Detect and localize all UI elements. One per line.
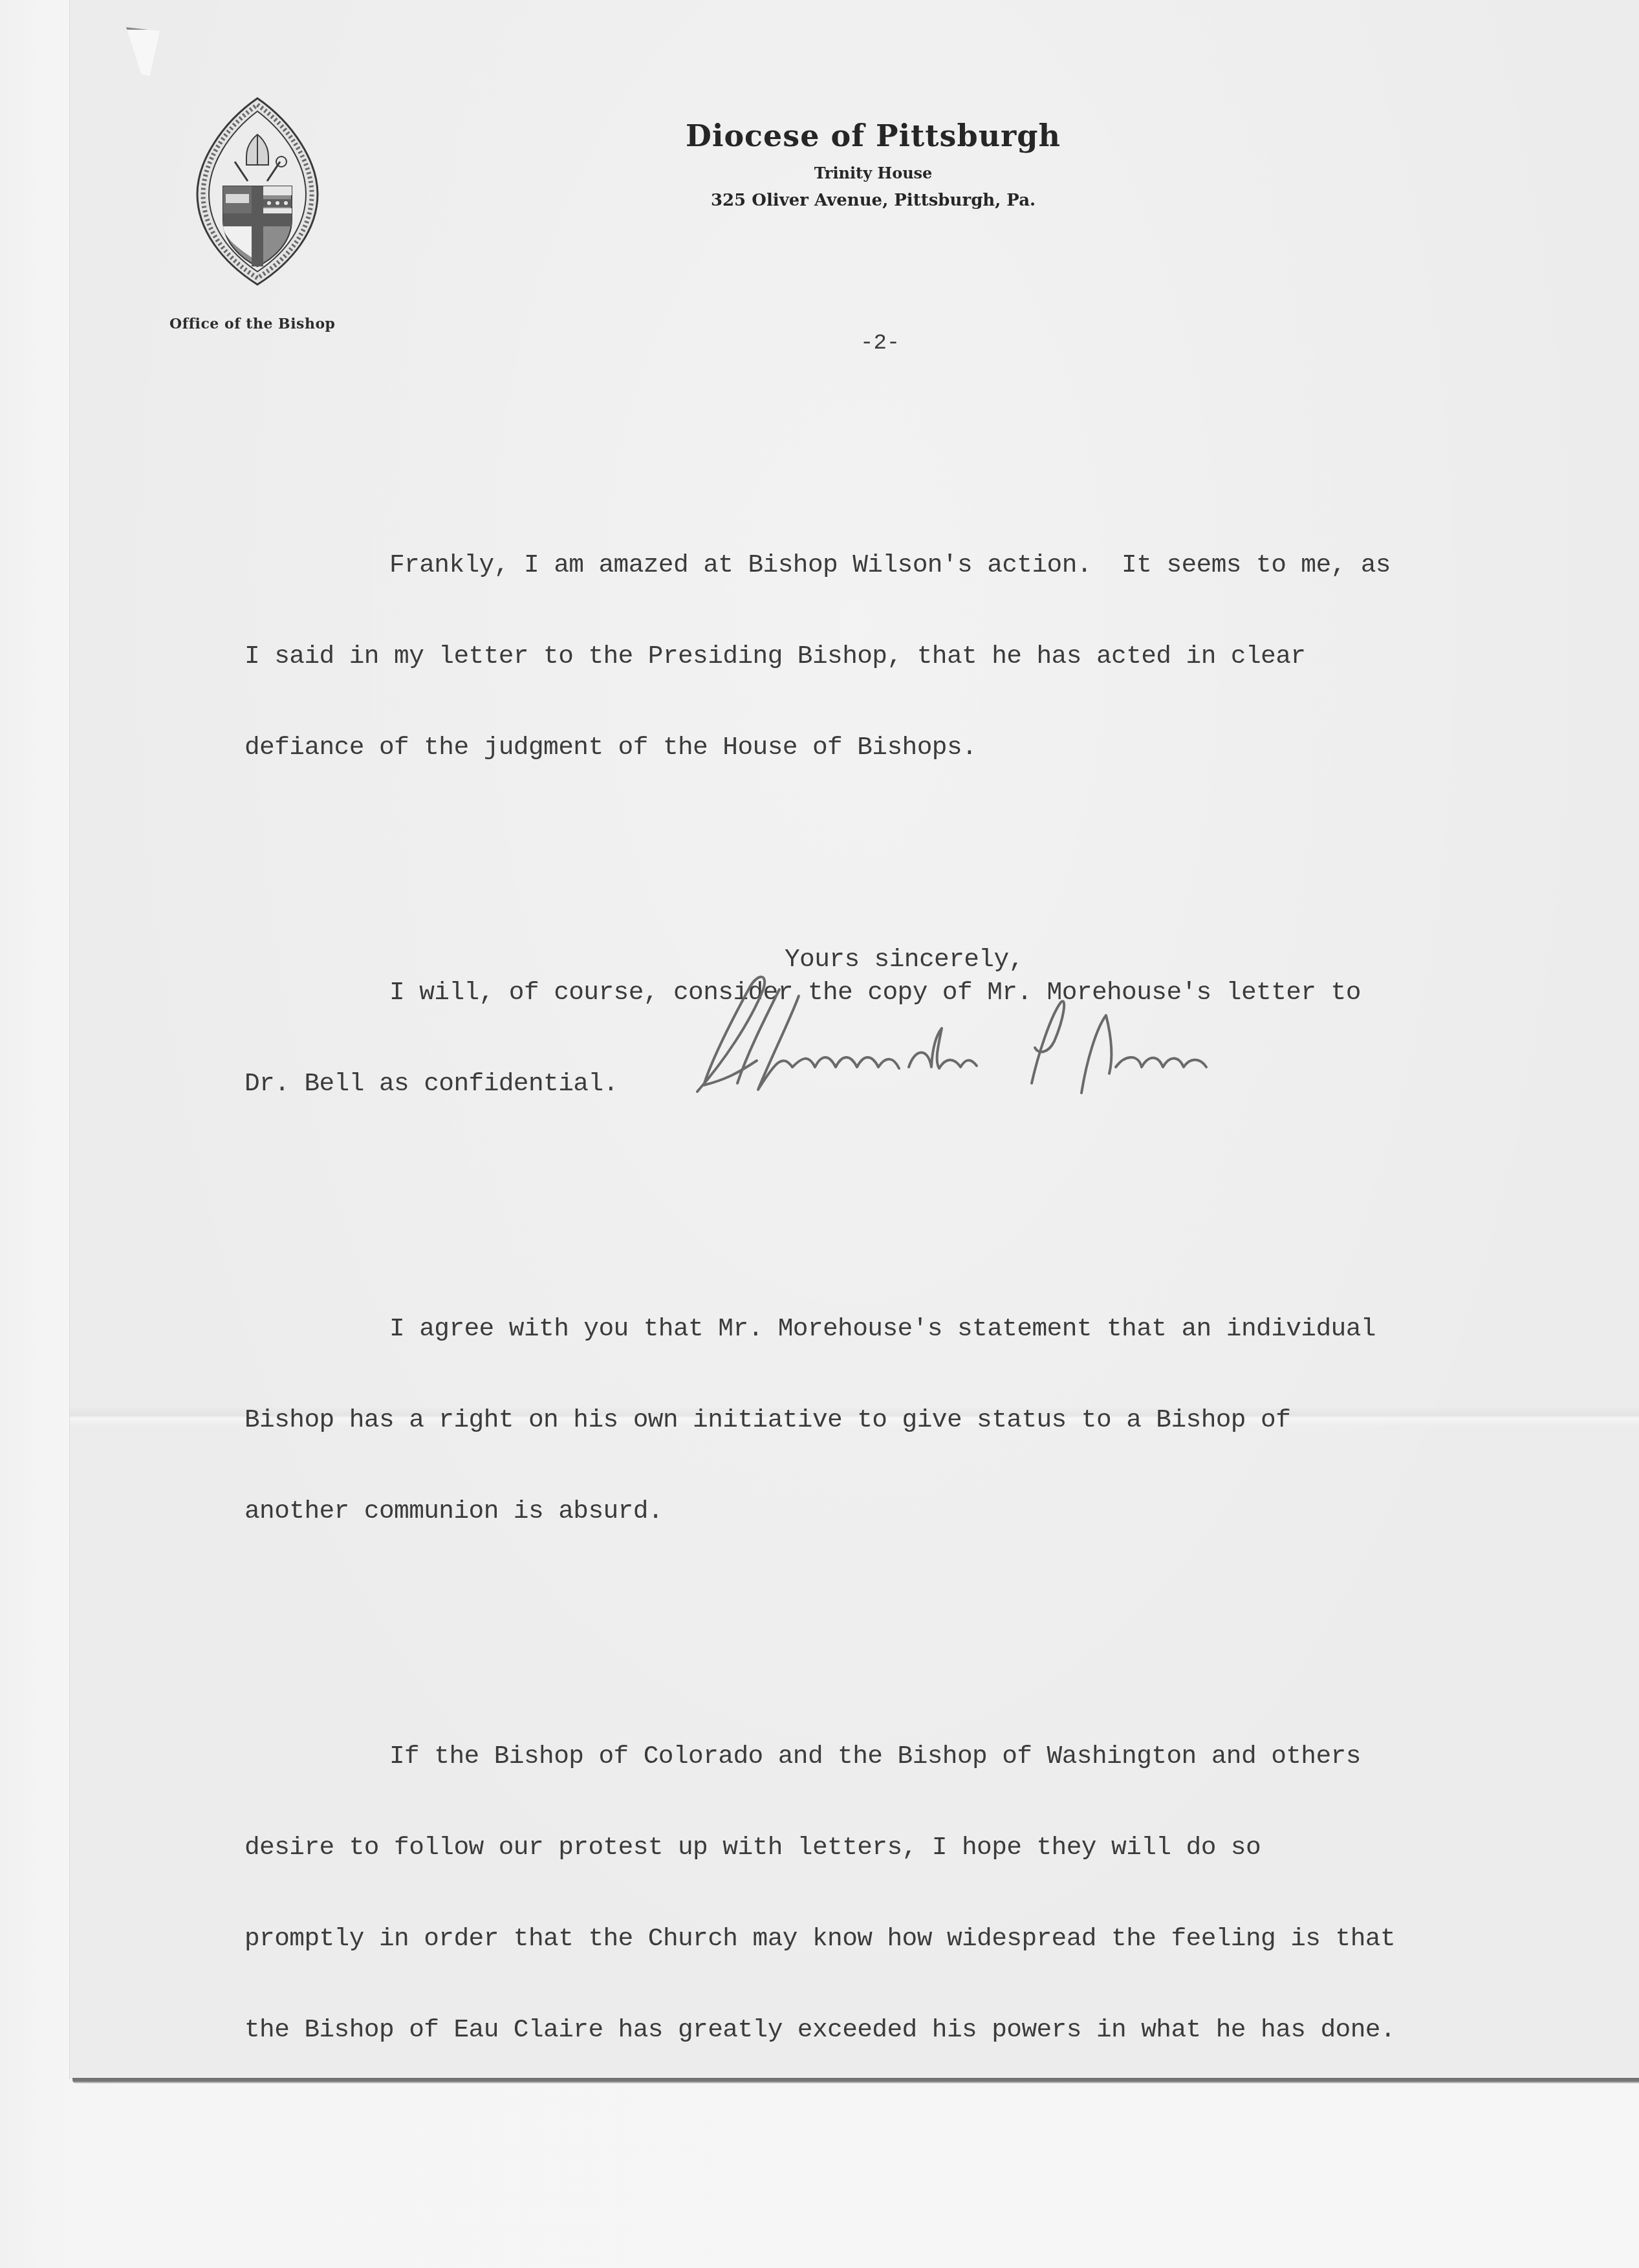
text-line: the Bishop of Eau Claire has greatly exc… <box>244 2014 1512 2045</box>
text-line: I said in my letter to the Presiding Bis… <box>244 641 1512 671</box>
text-line: desire to follow our protest up with let… <box>244 1832 1512 1863</box>
paragraph-3: I agree with you that Mr. Morehouse's st… <box>244 1253 1512 1587</box>
paragraph-4: If the Bishop of Colorado and the Bishop… <box>244 1680 1512 2106</box>
organization-name: Diocese of Pittsburgh <box>647 115 1100 157</box>
letterhead: Diocese of Pittsburgh Trinity House 325 … <box>647 115 1100 213</box>
page-number: -2- <box>860 331 900 356</box>
text-line: If the Bishop of Colorado and the Bishop… <box>244 1741 1512 1771</box>
building-name: Trinity House <box>647 159 1100 188</box>
handwritten-signature-icon <box>686 970 1449 1099</box>
address: 325 Oliver Avenue, Pittsburgh, Pa. <box>647 188 1100 213</box>
letter-body: Frankly, I am amazed at Bishop Wilson's … <box>244 428 1512 2168</box>
text-line: Frankly, I am amazed at Bishop Wilson's … <box>244 550 1512 580</box>
text-line: Bishop has a right on his own initiative… <box>244 1405 1512 1435</box>
text-line: I agree with you that Mr. Morehouse's st… <box>244 1313 1512 1344</box>
text-line: defiance of the judgment of the House of… <box>244 732 1512 762</box>
paragraph-1: Frankly, I am amazed at Bishop Wilson's … <box>244 489 1512 823</box>
text-line: promptly in order that the Church may kn… <box>244 1923 1512 1954</box>
office-of-the-bishop-label: Office of the Bishop <box>169 316 364 332</box>
diocesan-seal-icon <box>196 97 319 286</box>
text-line: another communion is absurd. <box>244 1496 1512 1526</box>
